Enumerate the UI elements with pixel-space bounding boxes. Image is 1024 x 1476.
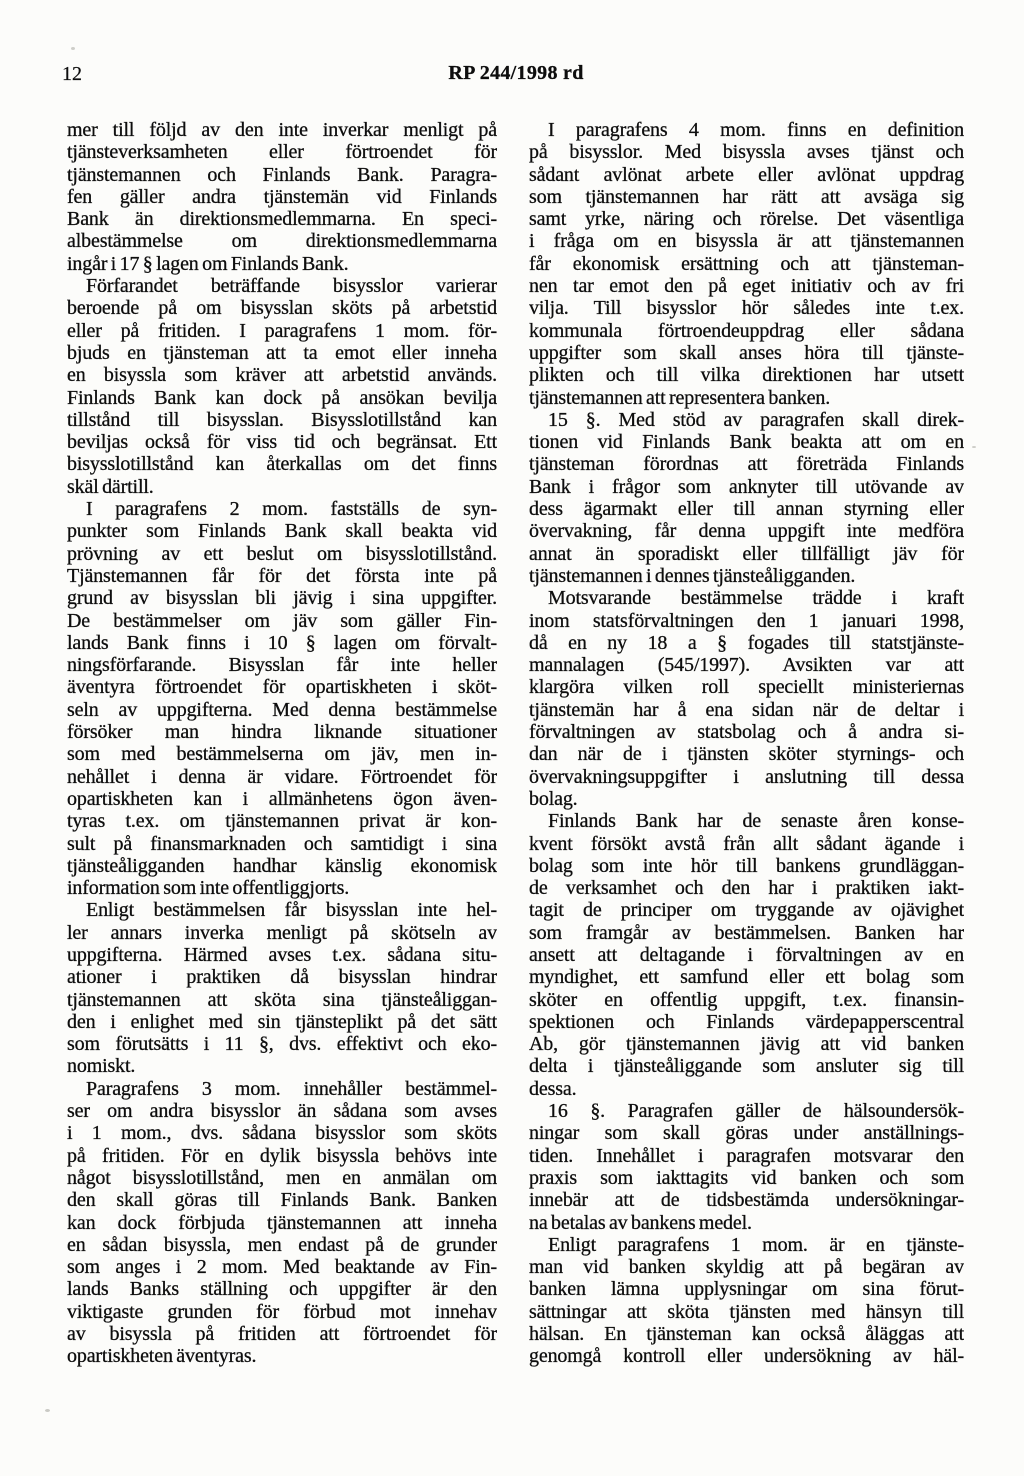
text-line: tionen vid Finlands Bank beakta att om e…	[529, 431, 964, 453]
text-line: då en ny 18 a § fogades till statstjänst…	[529, 632, 964, 654]
text-line: den skall göras till Finlands Bank. Bank…	[67, 1189, 497, 1211]
text-line: annat än sporadiskt eller tillfälligt jä…	[529, 543, 964, 565]
text-line: mannalagen (545/1997). Avsikten var att	[529, 654, 964, 676]
text-line: hälsan. En tjänsteman kan också åläggas …	[529, 1323, 964, 1345]
text-line: ningsförfarande. Bisysslan får inte hell…	[67, 654, 497, 676]
text-line: kvent försökt avstå från allt sådant äga…	[529, 833, 964, 855]
paragraph: Enligt paragrafens 1 mom. är en tjänste-…	[529, 1234, 964, 1368]
text-line: viktigaste grunden för förbud mot inneha…	[67, 1301, 497, 1323]
text-line: inom statsförvaltningen den 1 januari 19…	[529, 610, 964, 632]
text-line: information som inte offentliggjorts.	[67, 877, 497, 899]
text-line: tillstånd till bisysslan. Bisysslotillst…	[67, 409, 497, 431]
text-line: Paragrafens 3 mom. innehåller bestämmel-	[67, 1078, 497, 1100]
text-line: Tjänstemannen får för det första inte på	[67, 565, 497, 587]
text-line: vilja. Till bisysslor hör således inte t…	[529, 297, 964, 319]
document-page: 12 RP 244/1998 rd mer till följd av den …	[0, 0, 1024, 1476]
text-line: en bisyssla som kräver att arbetstid anv…	[67, 364, 497, 386]
text-line: övervakning, får denna uppgift inte medf…	[529, 520, 964, 542]
text-line: delta i tjänsteåliggande som ansluter si…	[529, 1055, 964, 1077]
text-line: på bisysslor. Med bisyssla avses tjänst …	[529, 141, 964, 163]
paragraph: Finlands Bank har de senaste åren konse-…	[529, 810, 964, 1100]
text-line: uppgifterna. Härmed avses t.ex. sådana s…	[67, 944, 497, 966]
text-line: övervakningsuppgifter i anslutning till …	[529, 766, 964, 788]
text-line: man vid banken skyldig att på begäran av	[529, 1256, 964, 1278]
text-line: Enligt paragrafens 1 mom. är en tjänste-	[529, 1234, 964, 1256]
text-line: bolag som inte hör till bankens grundläg…	[529, 855, 964, 877]
text-line: sådant avlönat arbete eller avlönat uppd…	[529, 164, 964, 186]
text-line: tjänstemannen och Finlands Bank. Paragra…	[67, 164, 497, 186]
text-line: 15 §. Med stöd av paragrafen skall direk…	[529, 409, 964, 431]
text-line: praxis som iakttagits vid banken och som	[529, 1167, 964, 1189]
text-line: lands Banks ställning och uppgifter är d…	[67, 1278, 497, 1300]
text-line: tjänsteman förordnas att företräda Finla…	[529, 453, 964, 475]
text-line: Finlands Bank har de senaste åren konse-	[529, 810, 964, 832]
text-line: sult på finansmarknaden och samtidigt i …	[67, 833, 497, 855]
text-line: Bank än direktionsmedlemmarna. En speci-	[67, 208, 497, 230]
paragraph: mer till följd av den inte inverkar menl…	[67, 119, 497, 275]
text-line: dan när de i tjänsten sköter styrnings- …	[529, 743, 964, 765]
document-title: RP 244/1998 rd	[8, 62, 1024, 85]
text-line: seln av uppgifterna. Med denna bestämmel…	[67, 699, 497, 721]
paragraph: Paragrafens 3 mom. innehåller bestämmel-…	[67, 1078, 497, 1368]
text-line: som framgår av bestämmelsen. Banken har	[529, 922, 964, 944]
text-line: Enligt bestämmelsen får bisysslan inte h…	[67, 899, 497, 921]
text-line: försöker man hindra liknande situationer	[67, 721, 497, 743]
paragraph: 16 §. Paragrafen gäller de hälsoundersök…	[529, 1100, 964, 1234]
text-line: på fritiden. För en dylik bisyssla behöv…	[67, 1145, 497, 1167]
text-line: innebär att de tidsbestämda undersökning…	[529, 1189, 964, 1211]
text-line: en sådan bisyssla, men endast på de grun…	[67, 1234, 497, 1256]
left-column: mer till följd av den inte inverkar menl…	[67, 119, 497, 1368]
scan-speck	[71, 47, 75, 50]
text-line: grund av bisysslan bli jävig i sina uppg…	[67, 587, 497, 609]
paragraph: Förfarandet beträffande bisysslor varier…	[67, 275, 497, 498]
text-line: bjuds en tjänsteman att ta emot eller in…	[67, 342, 497, 364]
text-line: som förutsätts i 11 §, dvs. effektivt oc…	[67, 1033, 497, 1055]
text-line: tjänstemannen att sköta sina tjänsteålig…	[67, 989, 497, 1011]
text-line: opartiskheten kan i allmänhetens ögon äv…	[67, 788, 497, 810]
text-line: i 1 mom., dvs. sådana bisysslor som sköt…	[67, 1122, 497, 1144]
text-line: spektionen och Finlands värdepapperscent…	[529, 1011, 964, 1033]
text-line: ingår i 17 § lagen om Finlands Bank.	[67, 253, 497, 275]
text-line: ansett att deltagande i förvaltningen av…	[529, 944, 964, 966]
text-line: tyras t.ex. om tjänstemannen privat är k…	[67, 810, 497, 832]
text-line: Motsvarande bestämmelse trädde i kraft	[529, 587, 964, 609]
text-line: Bank i frågor som anknyter till utövande…	[529, 476, 964, 498]
text-line: ationer i praktiken då bisysslan hindrar	[67, 966, 497, 988]
text-line: I paragrafens 4 mom. finns en definition	[529, 119, 964, 141]
text-line: banken lämna upplysningar om sina förut-	[529, 1278, 964, 1300]
text-line: tiden. Innehållet i paragrafen motsvarar…	[529, 1145, 964, 1167]
text-line: na betalas av bankens medel.	[529, 1212, 964, 1234]
text-line: kommunala förtroendeuppdrag eller sådana	[529, 320, 964, 342]
text-line: samt yrke, näring och rörelse. Det väsen…	[529, 208, 964, 230]
text-line: eller på fritiden. I paragrafens 1 mom. …	[67, 320, 497, 342]
text-line: skäl därtill.	[67, 476, 497, 498]
text-line: Förfarandet beträffande bisysslor varier…	[67, 275, 497, 297]
paragraph: Motsvarande bestämmelse trädde i kraftin…	[529, 587, 964, 810]
scan-speck	[972, 446, 976, 448]
text-line: av bisyssla på fritiden att förtroendet …	[67, 1323, 497, 1345]
text-line: genomgå kontroll eller undersökning av h…	[529, 1345, 964, 1367]
text-line: plikten och till vilka direktionen har u…	[529, 364, 964, 386]
scan-speck	[45, 1409, 50, 1412]
text-line: tjänstemän har å ena sidan när de deltar…	[529, 699, 964, 721]
text-line: tjänsteåligganden handhar känslig ekonom…	[67, 855, 497, 877]
text-line: ler annars inverka menligt på skötseln a…	[67, 922, 497, 944]
text-line: kan dock förbjuda tjänstemannen att inne…	[67, 1212, 497, 1234]
text-line: förvaltningen av statsbolag och å andra …	[529, 721, 964, 743]
text-line: tjänsteverksamheten eller förtroendet fö…	[67, 141, 497, 163]
text-line: tjänstemannen i dennes tjänsteåligganden…	[529, 565, 964, 587]
text-line: nen tar emot den på eget initiativ och a…	[529, 275, 964, 297]
text-line: beroende på om bisysslan sköts på arbets…	[67, 297, 497, 319]
text-line: sättningar att sköta tjänsten med hänsyn…	[529, 1301, 964, 1323]
text-line: dessa.	[529, 1078, 964, 1100]
text-line: myndighet, ett samfund eller ett bolag s…	[529, 966, 964, 988]
text-line: 16 §. Paragrafen gäller de hälsoundersök…	[529, 1100, 964, 1122]
paragraph: 15 §. Med stöd av paragrafen skall direk…	[529, 409, 964, 587]
right-column: I paragrafens 4 mom. finns en definition…	[529, 119, 964, 1368]
text-line: De bestämmelser om jäv som gäller Fin-	[67, 610, 497, 632]
text-line: bisysslotillstånd kan återkallas om det …	[67, 453, 497, 475]
text-line: punkter som Finlands Bank skall beakta v…	[67, 520, 497, 542]
text-line: något bisysslotillstånd, men en anmälan …	[67, 1167, 497, 1189]
text-line: som tjänstemannen har rätt att avsäga si…	[529, 186, 964, 208]
text-line: opartiskheten äventyras.	[67, 1345, 497, 1367]
paragraph: I paragrafens 2 mom. fastställs de syn-p…	[67, 498, 497, 899]
text-line: klargöra vilken roll speciellt ministeri…	[529, 676, 964, 698]
text-line: beviljas också för viss tid och begränsa…	[67, 431, 497, 453]
text-line: de verksamhet och den har i praktiken ia…	[529, 877, 964, 899]
text-line: den i enlighet med sin tjänsteplikt på d…	[67, 1011, 497, 1033]
text-line: ningar som skall göras under anställning…	[529, 1122, 964, 1144]
text-line: i fråga om en bisyssla är att tjänsteman…	[529, 230, 964, 252]
text-line: fen gäller andra tjänstemän vid Finlands	[67, 186, 497, 208]
text-line: mer till följd av den inte inverkar menl…	[67, 119, 497, 141]
text-line: som med bestämmelserna om jäv, men in-	[67, 743, 497, 765]
text-line: Ab, gör tjänstemannen jävig att vid bank…	[529, 1033, 964, 1055]
text-line: tagit de principer om tryggande av ojävi…	[529, 899, 964, 921]
text-line: prövning av ett beslut om bisysslotillst…	[67, 543, 497, 565]
text-line: nomiskt.	[67, 1055, 497, 1077]
text-line: får ekonomisk ersättning och att tjänste…	[529, 253, 964, 275]
text-line: Finlands Bank kan dock på ansökan bevilj…	[67, 387, 497, 409]
paragraph: Enligt bestämmelsen får bisysslan inte h…	[67, 899, 497, 1077]
page-header: 12 RP 244/1998 rd	[0, 62, 1024, 90]
text-line: dess ägarmakt eller till annan styrning …	[529, 498, 964, 520]
text-line: I paragrafens 2 mom. fastställs de syn-	[67, 498, 497, 520]
text-line: uppgifter som skall anses höra till tjän…	[529, 342, 964, 364]
paragraph: I paragrafens 4 mom. finns en definition…	[529, 119, 964, 409]
text-line: bolag.	[529, 788, 964, 810]
text-columns: mer till följd av den inte inverkar menl…	[67, 119, 964, 1368]
text-line: tjänstemannen att representera banken.	[529, 387, 964, 409]
text-line: ser om andra bisysslor än sådana som avs…	[67, 1100, 497, 1122]
text-line: sköter en offentlig uppgift, t.ex. finan…	[529, 989, 964, 1011]
text-line: nehållet i denna är vidare. Förtroendet …	[67, 766, 497, 788]
text-line: äventyra förtroendet för opartiskheten i…	[67, 676, 497, 698]
text-line: som anges i 2 mom. Med beaktande av Fin-	[67, 1256, 497, 1278]
text-line: lands Bank finns i 10 § lagen om förvalt…	[67, 632, 497, 654]
text-line: albestämmelse om direktionsmedlemmarna	[67, 230, 497, 252]
